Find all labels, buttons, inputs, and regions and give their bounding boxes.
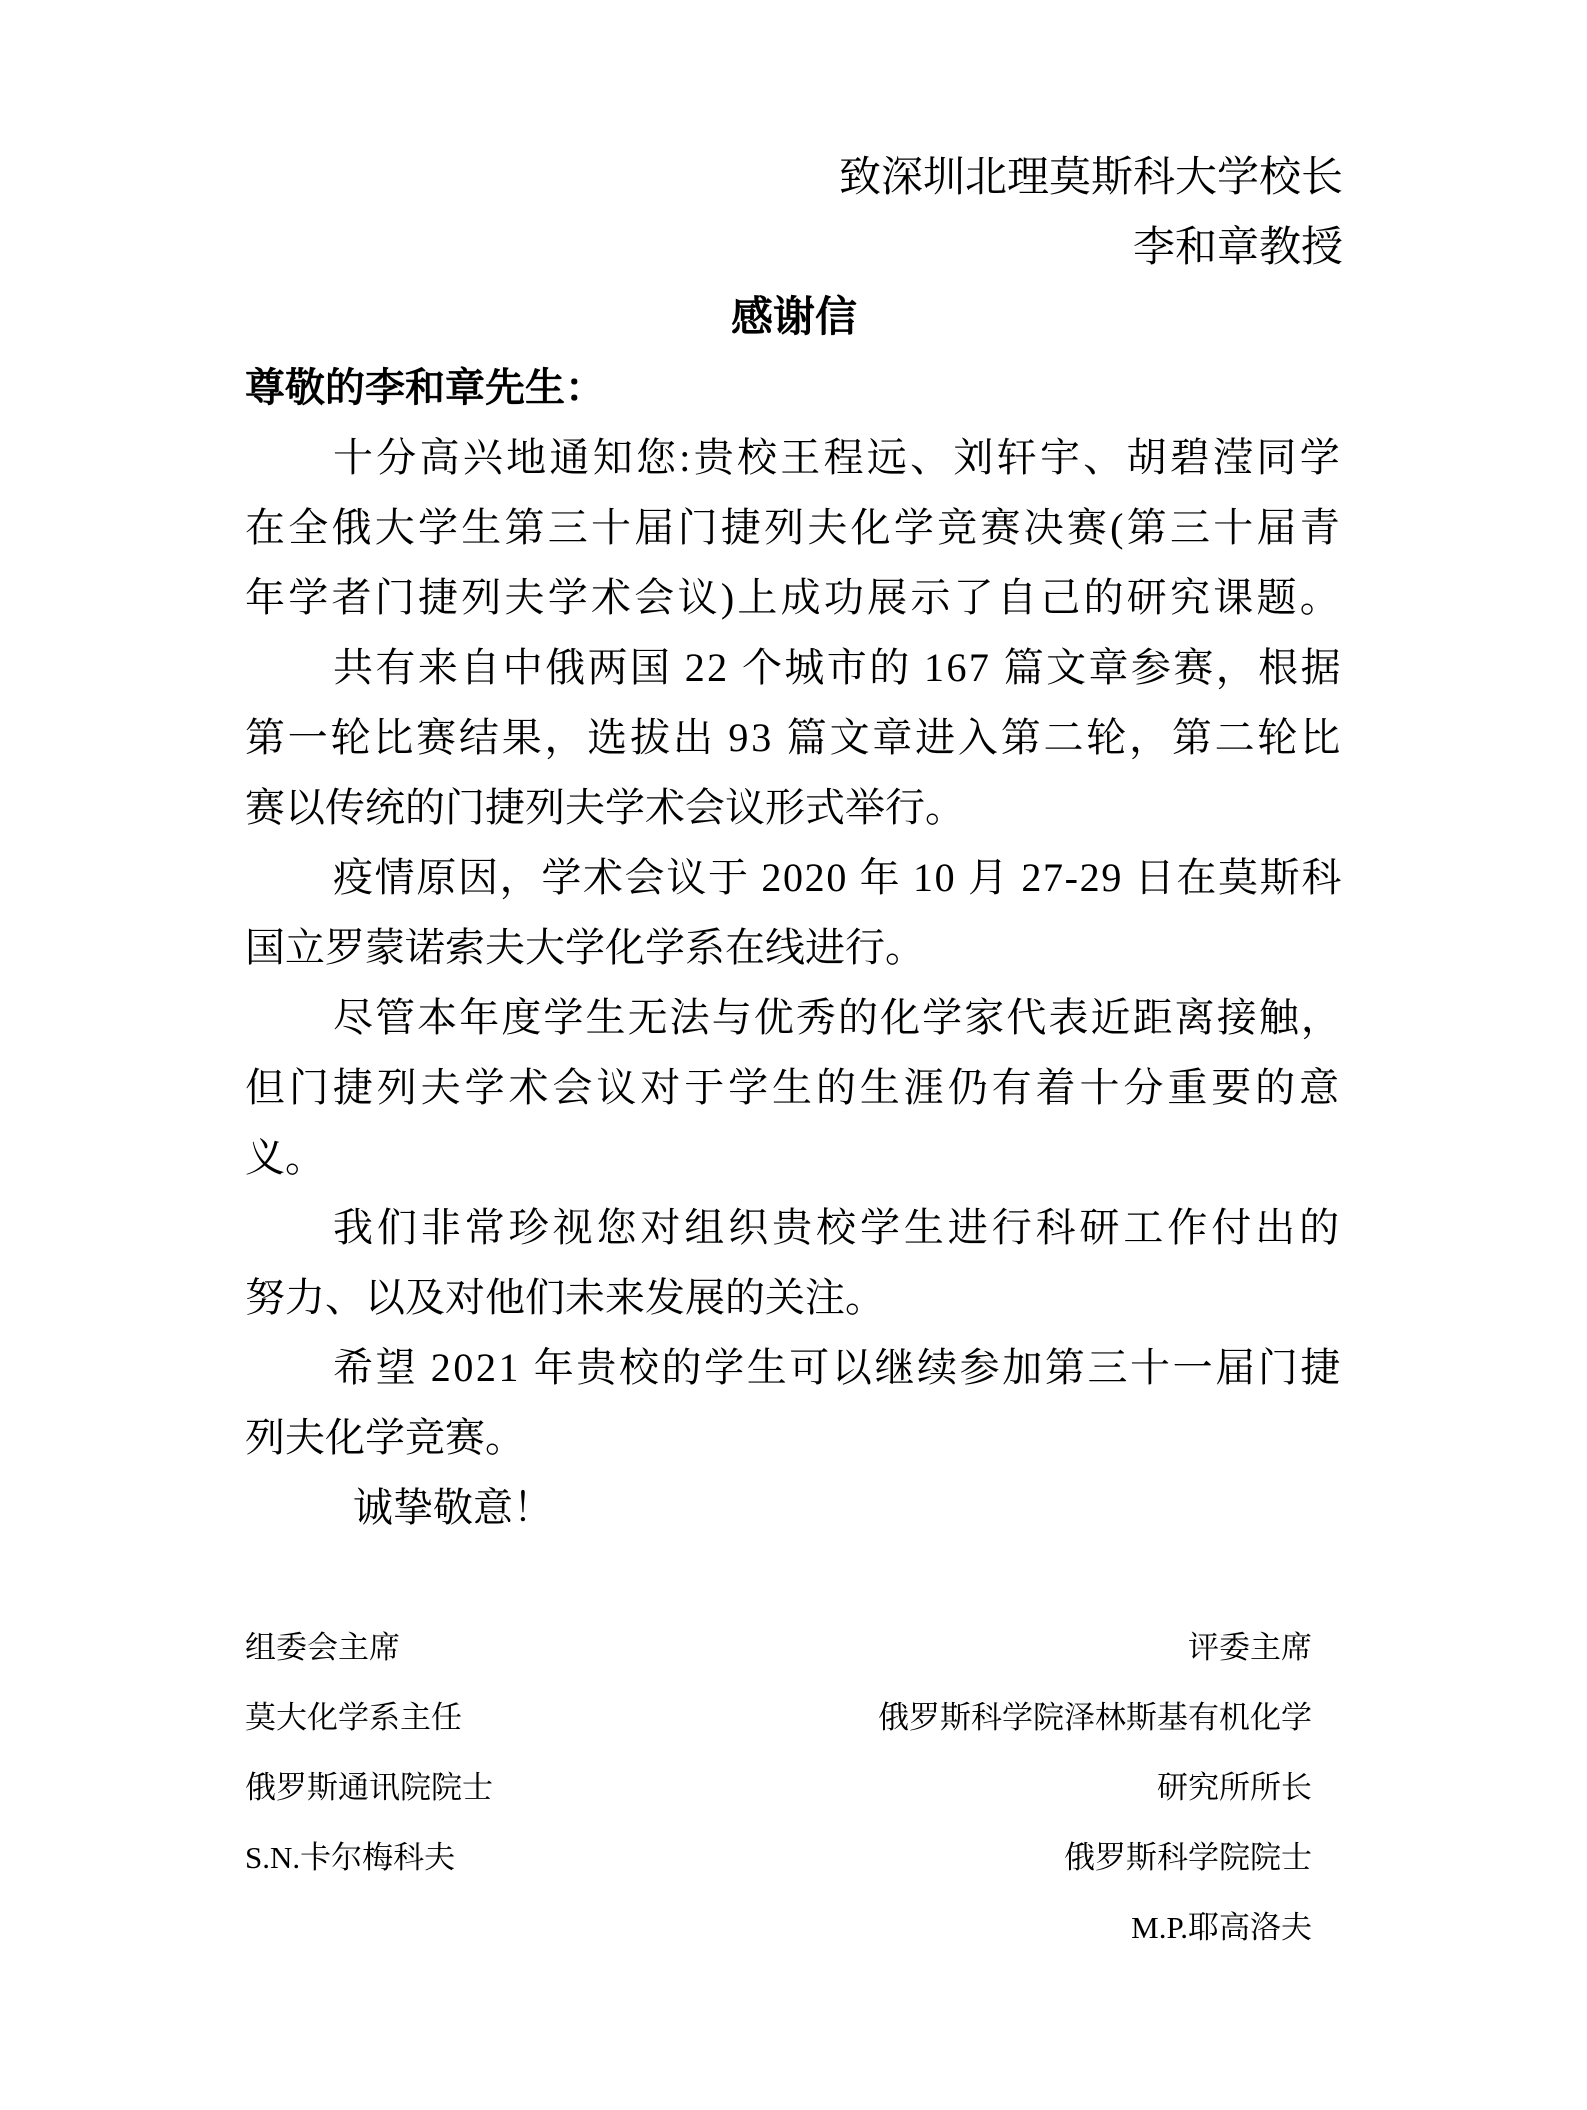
- body-line: 尽管本年度学生无法与优秀的化学家代表近距离接触，: [245, 983, 1343, 1053]
- body-line-text: 在全俄大学生第三十届门捷列夫化学竞赛决赛(第三十届青: [245, 505, 1343, 550]
- body-line: 我们非常珍视您对组织贵校学生进行科研工作付出的: [245, 1193, 1343, 1263]
- salutation-text: 尊敬的李和章先生：: [245, 365, 605, 410]
- body-line-text: 共有来自中俄两国 22 个城市的 167 篇文章参赛，根据: [333, 645, 1343, 690]
- closing-line: 诚挚敬意！: [245, 1473, 1343, 1543]
- signature-left-text: 俄罗斯通讯院院士: [245, 1753, 493, 1823]
- signature-block: 组委会主席 评委主席 莫大化学系主任 俄罗斯科学院泽林斯基有机化学 俄罗斯通讯院…: [245, 1613, 1343, 1963]
- body-line-text: 疫情原因，学术会议于 2020 年 10 月 27-29 日在莫斯科: [333, 855, 1343, 900]
- paragraph-3: 疫情原因，学术会议于 2020 年 10 月 27-29 日在莫斯科 国立罗蒙诺…: [245, 843, 1343, 983]
- body-line: 共有来自中俄两国 22 个城市的 167 篇文章参赛，根据: [245, 633, 1343, 703]
- signature-right-text: 俄罗斯科学院泽林斯基有机化学: [878, 1683, 1343, 1753]
- body-line: 第一轮比赛结果，选拔出 93 篇文章进入第二轮，第二轮比: [245, 703, 1343, 773]
- body-line: 在全俄大学生第三十届门捷列夫化学竞赛决赛(第三十届青: [245, 493, 1343, 563]
- letter-page: 致深圳北理莫斯科大学校长 李和章教授 感谢信 尊敬的李和章先生： 十分高兴地通知…: [0, 0, 1587, 2110]
- body-line: 希望 2021 年贵校的学生可以继续参加第三十一届门捷: [245, 1333, 1343, 1403]
- body-line: 努力、以及对他们未来发展的关注。: [245, 1263, 1343, 1333]
- salutation: 尊敬的李和章先生：: [245, 353, 1343, 423]
- body-line: 年学者门捷列夫学术会议)上成功展示了自己的研究课题。: [245, 563, 1343, 633]
- body-line-text: 努力、以及对他们未来发展的关注。: [245, 1275, 885, 1320]
- signature-left-text: 莫大化学系主任: [245, 1683, 462, 1753]
- paragraph-2: 共有来自中俄两国 22 个城市的 167 篇文章参赛，根据 第一轮比赛结果，选拔…: [245, 633, 1343, 843]
- signature-row: 俄罗斯通讯院院士 研究所所长: [245, 1753, 1343, 1823]
- body-line-text: 第一轮比赛结果，选拔出 93 篇文章进入第二轮，第二轮比: [245, 715, 1343, 760]
- recipient-line-2: 李和章教授: [245, 213, 1343, 283]
- letter-content: 致深圳北理莫斯科大学校长 李和章教授 感谢信 尊敬的李和章先生： 十分高兴地通知…: [0, 0, 1587, 1963]
- body-line: 国立罗蒙诺索夫大学化学系在线进行。: [245, 913, 1343, 983]
- body-line-text: 希望 2021 年贵校的学生可以继续参加第三十一届门捷: [333, 1345, 1343, 1390]
- body-line-text: 尽管本年度学生无法与优秀的化学家代表近距离接触，: [333, 995, 1343, 1040]
- body-line: 义。: [245, 1123, 1343, 1193]
- body-line: 十分高兴地通知您:贵校王程远、刘轩宇、胡碧滢同学: [245, 423, 1343, 493]
- signature-left-text: 组委会主席: [245, 1613, 400, 1683]
- body-line-text: 义。: [245, 1135, 325, 1180]
- body-line-text: 国立罗蒙诺索夫大学化学系在线进行。: [245, 925, 925, 970]
- recipient-line-1-text: 致深圳北理莫斯科大学校长: [839, 155, 1343, 201]
- body-line: 列夫化学竞赛。: [245, 1403, 1343, 1473]
- recipient-line-1: 致深圳北理莫斯科大学校长: [245, 143, 1343, 213]
- letter-title-text: 感谢信: [731, 295, 857, 341]
- body-line-text: 赛以传统的门捷列夫学术会议形式举行。: [245, 785, 965, 830]
- paragraph-6: 希望 2021 年贵校的学生可以继续参加第三十一届门捷 列夫化学竞赛。: [245, 1333, 1343, 1473]
- body-line-text: 我们非常珍视您对组织贵校学生进行科研工作付出的: [333, 1205, 1343, 1250]
- signature-right-text: M.P.耶高洛夫: [1131, 1893, 1343, 1963]
- paragraph-1: 十分高兴地通知您:贵校王程远、刘轩宇、胡碧滢同学 在全俄大学生第三十届门捷列夫化…: [245, 423, 1343, 633]
- body-line: 赛以传统的门捷列夫学术会议形式举行。: [245, 773, 1343, 843]
- body-line-text: 十分高兴地通知您:贵校王程远、刘轩宇、胡碧滢同学: [333, 435, 1343, 480]
- signature-left-text: S.N.卡尔梅科夫: [245, 1823, 455, 1893]
- signature-right-text: 评委主席: [1188, 1613, 1343, 1683]
- body-line-text: 年学者门捷列夫学术会议)上成功展示了自己的研究课题。: [245, 575, 1343, 620]
- paragraph-5: 我们非常珍视您对组织贵校学生进行科研工作付出的 努力、以及对他们未来发展的关注。: [245, 1193, 1343, 1333]
- signature-right-text: 研究所所长: [1157, 1753, 1343, 1823]
- recipient-line-2-text: 李和章教授: [1133, 225, 1343, 271]
- signature-row: M.P.耶高洛夫: [245, 1893, 1343, 1963]
- signature-row: 组委会主席 评委主席: [245, 1613, 1343, 1683]
- body-line-text: 但门捷列夫学术会议对于学生的生涯仍有着十分重要的意: [245, 1065, 1343, 1110]
- paragraph-4: 尽管本年度学生无法与优秀的化学家代表近距离接触， 但门捷列夫学术会议对于学生的生…: [245, 983, 1343, 1193]
- body-line: 但门捷列夫学术会议对于学生的生涯仍有着十分重要的意: [245, 1053, 1343, 1123]
- signature-row: S.N.卡尔梅科夫 俄罗斯科学院院士: [245, 1823, 1343, 1893]
- signature-row: 莫大化学系主任 俄罗斯科学院泽林斯基有机化学: [245, 1683, 1343, 1753]
- body-line: 疫情原因，学术会议于 2020 年 10 月 27-29 日在莫斯科: [245, 843, 1343, 913]
- body-line-text: 列夫化学竞赛。: [245, 1415, 525, 1460]
- signature-right-text: 俄罗斯科学院院士: [1064, 1823, 1343, 1893]
- closing-text: 诚挚敬意！: [353, 1485, 553, 1530]
- letter-title: 感谢信: [245, 283, 1343, 353]
